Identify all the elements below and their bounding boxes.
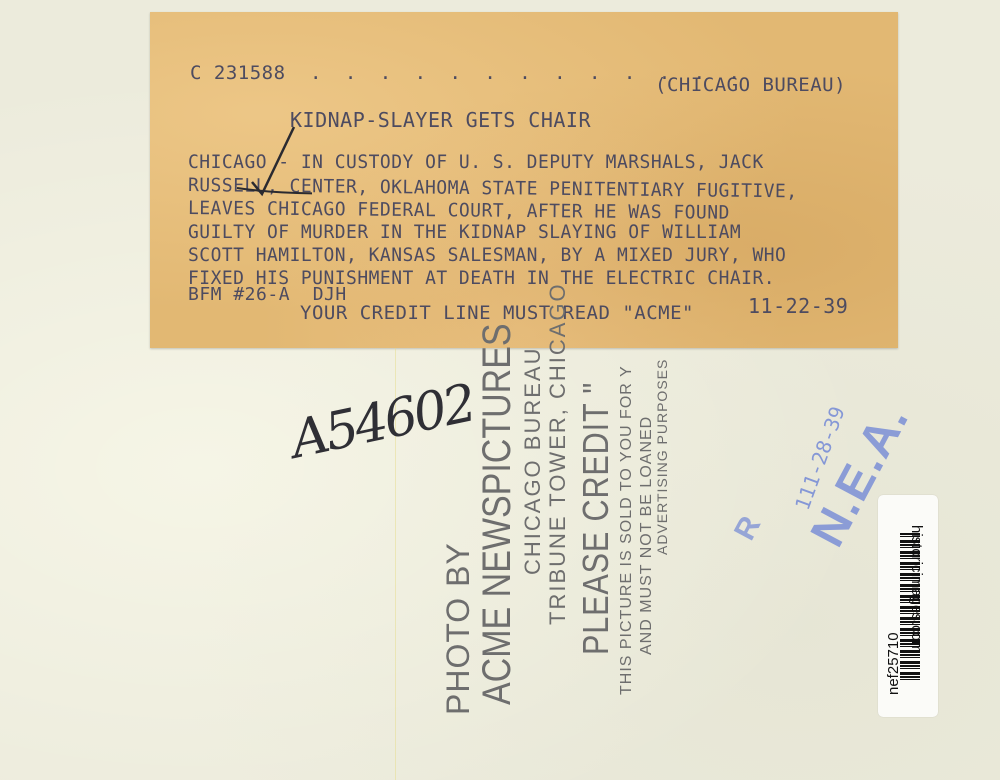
stamp-chicago-bureau: CHICAGO BUREAU <box>520 347 546 575</box>
caption-line-1: CHICAGO - IN CUSTODY OF U. S. DEPUTY MAR… <box>188 152 764 173</box>
caption-slip: C 231588 . . . . . . . . . . . . . (CHIC… <box>150 12 898 348</box>
stamp-tribune-tower: TRIBUNE TOWER, CHICAGO <box>545 282 571 625</box>
headline: KIDNAP-SLAYER GETS CHAIR <box>290 108 591 132</box>
barcode-code: nef25710 <box>885 632 902 695</box>
caption-line-4: GUILTY OF MURDER IN THE KIDNAP SLAYING O… <box>188 222 741 243</box>
stamp-acme-newspictures: ACME NEWSPICTURES <box>475 323 520 705</box>
barcode-label: historicimages.com nef25710 <box>878 495 938 717</box>
nea-partial-letter: R <box>728 511 768 546</box>
caption-date: 11-22-39 <box>748 294 848 318</box>
barcode-site: historicimages.com <box>908 525 925 653</box>
credit-line: YOUR CREDIT LINE MUST READ "ACME" <box>300 302 694 324</box>
stamp-photo-by: PHOTO BY <box>440 542 477 715</box>
stamp-please-credit: PLEASE CREDIT " <box>575 382 617 655</box>
caption-line-3: LEAVES CHICAGO FEDERAL COURT, AFTER HE W… <box>188 198 730 224</box>
stamp-advertising: ADVERTISING PURPOSES <box>654 359 670 555</box>
stamp-sold-notice: THIS PICTURE IS SOLD TO YOU FOR Y <box>618 365 636 695</box>
photo-id: C 231588 <box>190 62 286 84</box>
photo-back: C 231588 . . . . . . . . . . . . . (CHIC… <box>0 0 1000 780</box>
caption-line-5: SCOTT HAMILTON, KANSAS SALESMAN, BY A MI… <box>188 245 786 266</box>
acme-credit-stamp: PHOTO BY ACME NEWSPICTURES CHICAGO BUREA… <box>440 335 690 735</box>
bureau-label: (CHICAGO BUREAU) <box>655 74 846 96</box>
